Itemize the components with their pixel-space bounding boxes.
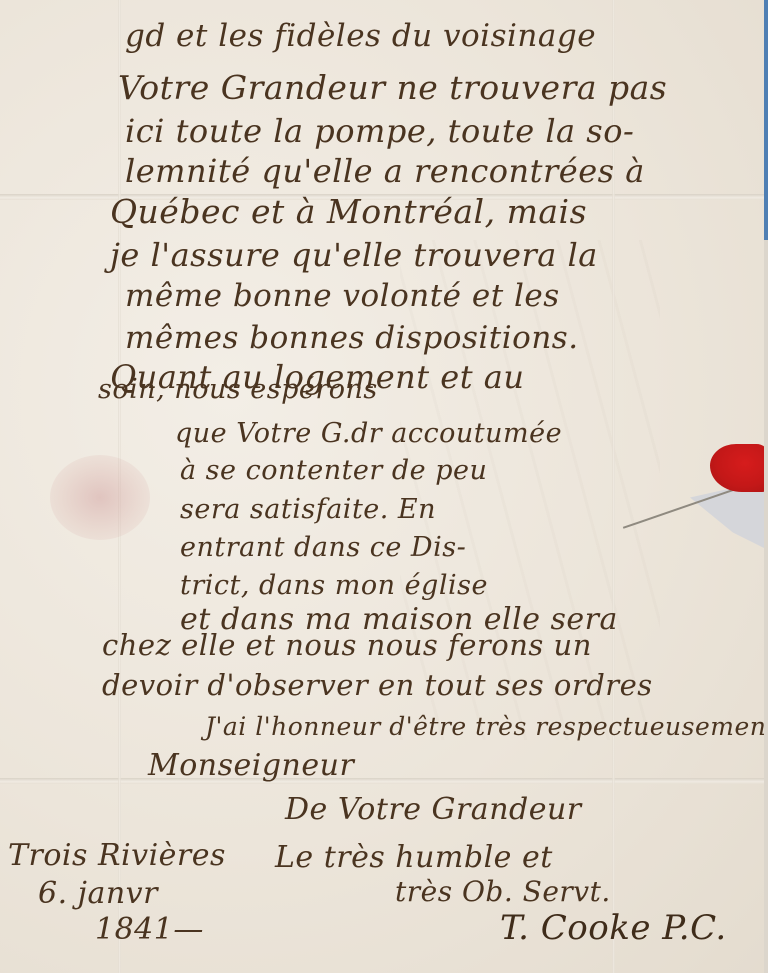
wax-seal xyxy=(710,444,764,492)
red-stain xyxy=(50,455,150,540)
fold-line xyxy=(0,778,764,784)
ink-bleed-through xyxy=(400,240,660,740)
letter-page: gd et les fidèles du voisinage Votre Gra… xyxy=(0,0,764,973)
letter-line: gd et les fidèles du voisinage xyxy=(125,18,596,54)
letter-line: chez elle et nous nous ferons un xyxy=(102,628,592,662)
signature: T. Cooke P.C. xyxy=(500,908,727,948)
letter-line: Québec et à Montréal, mais xyxy=(110,192,587,231)
letter-line: que Votre G.dr accoutumée xyxy=(175,418,562,449)
closing-line: Le très humble et xyxy=(275,840,553,875)
letter-line: à se contenter de peu xyxy=(180,455,487,486)
letter-line: J'ai l'honneur d'être très respectueusem… xyxy=(205,712,764,741)
letter-line: devoir d'observer en tout ses ordres xyxy=(102,668,653,702)
date: 6. janvr xyxy=(38,876,158,911)
letter-line: Votre Grandeur ne trouvera pas xyxy=(118,68,667,107)
letter-line: entrant dans ce Dis- xyxy=(180,532,466,563)
letter-line: sera satisfaite. En xyxy=(180,494,436,525)
letter-line: trict, dans mon église xyxy=(180,570,488,601)
letter-line: ici toute la pompe, toute la so- xyxy=(125,112,634,150)
scan-border xyxy=(764,0,768,240)
letter-line: mêmes bonnes dispositions. xyxy=(125,320,579,356)
closing-line: De Votre Grandeur xyxy=(285,792,582,827)
year: 1841— xyxy=(95,912,204,947)
place: Trois Rivières xyxy=(8,838,226,873)
letter-line: même bonne volonté et les xyxy=(125,278,560,314)
salutation: Monseigneur xyxy=(148,748,354,783)
letter-line: je l'assure qu'elle trouvera la xyxy=(110,236,598,274)
scan-border xyxy=(764,240,768,973)
letter-line: soin, nous espérons xyxy=(98,374,378,405)
closing-line: très Ob. Servt. xyxy=(395,875,611,908)
letter-line: lemnité qu'elle a rencontrées à xyxy=(125,152,645,190)
